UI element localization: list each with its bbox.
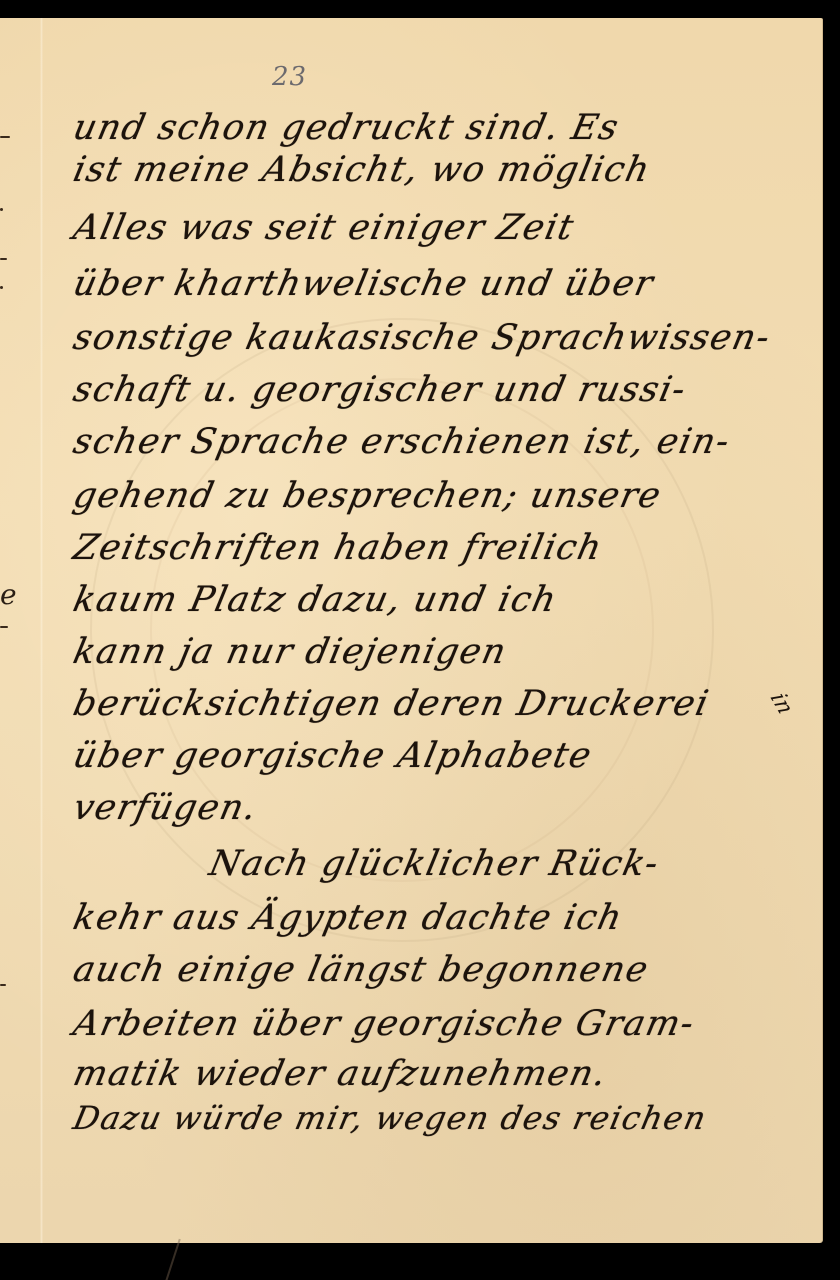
handwritten-line: sonstige kaukasische Sprachwissen-: [70, 318, 775, 358]
handwritten-line: auch einige längst begonnene: [70, 950, 653, 990]
handwritten-line: matik wieder aufzunehmen.: [70, 1054, 611, 1094]
document-scan: 23 e und schon gedruckt sind. Es ist mei…: [0, 0, 840, 1280]
handwritten-line: ist meine Absicht, wo möglich: [70, 150, 654, 190]
paper-fold-line: [40, 18, 43, 1243]
handwritten-line: über georgische Alphabete: [70, 736, 596, 776]
handwritten-line: Nach glücklicher Rück-: [206, 844, 663, 884]
margin-dash-mark: [0, 136, 10, 138]
handwritten-line: Arbeiten über georgische Gram-: [70, 1004, 699, 1044]
margin-dot-mark: [0, 286, 3, 289]
handwritten-line: Dazu würde mir, wegen des reichen: [70, 1098, 711, 1138]
handwritten-line: über kharthwelische und über: [70, 264, 658, 304]
handwritten-line: verfügen.: [70, 788, 262, 828]
handwritten-line: Zeitschriften haben freilich: [70, 528, 607, 568]
handwritten-line: und schon gedruckt sind. Es: [70, 108, 623, 148]
letter-paper: 23 e und schon gedruckt sind. Es ist mei…: [0, 18, 823, 1243]
handwritten-line-tail: in: [764, 690, 798, 717]
margin-dash-mark: [0, 258, 7, 260]
handwritten-line: kann ja nur diejenigen: [70, 632, 511, 672]
handwritten-line: schaft u. georgischer und russi-: [70, 370, 690, 410]
handwritten-line: kehr aus Ägypten dachte ich: [70, 898, 627, 938]
handwritten-line: Alles was seit einiger Zeit: [70, 208, 578, 248]
margin-dash-mark: [0, 984, 6, 986]
handwritten-line: berücksichtigen deren Druckerei: [70, 684, 713, 724]
handwritten-line: kaum Platz dazu, und ich: [70, 580, 561, 620]
handwritten-line: gehend zu besprechen; unsere: [70, 476, 666, 516]
handwritten-line: scher Sprache erschienen ist, ein-: [70, 422, 734, 462]
margin-letter-fragment: e: [0, 578, 17, 611]
margin-dot-mark: [0, 208, 3, 211]
page-number: 23: [272, 62, 307, 92]
pencil-stroke-mark: [165, 1239, 180, 1280]
margin-dash-mark: [0, 626, 8, 628]
